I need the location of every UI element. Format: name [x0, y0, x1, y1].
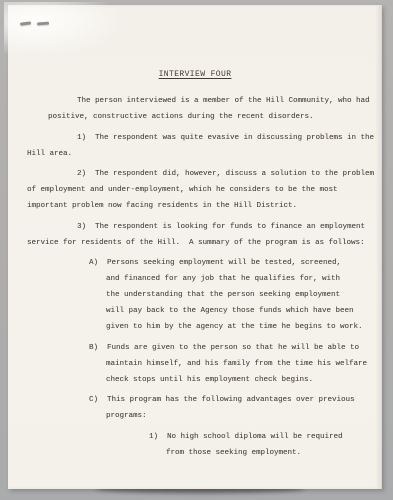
numbered-item-3: 3) The respondent is looking for funds t… — [27, 219, 363, 251]
scan-background: INTERVIEW FOUR The person interviewed is… — [0, 0, 393, 500]
document-page: INTERVIEW FOUR The person interviewed is… — [8, 5, 382, 489]
sub-numbered-item-1: 1) No high school diploma will be requir… — [27, 429, 363, 461]
numbered-item-2: 2) The respondent did, however, discuss … — [27, 166, 363, 214]
lettered-item-a: A) Persons seeking employment will be te… — [27, 255, 363, 335]
staple-mark-icon — [20, 21, 31, 25]
lettered-item-b: B) Funds are given to the person so that… — [27, 340, 363, 388]
numbered-item-1: 1) The respondent was quite evasive in d… — [27, 130, 363, 162]
paragraph-intro: The person interviewed is a member of th… — [27, 93, 363, 125]
lettered-item-c: C) This program has the following advant… — [27, 392, 363, 424]
corner-crease — [4, 2, 124, 57]
document-title: INTERVIEW FOUR — [27, 69, 363, 81]
staple-mark-icon — [37, 22, 49, 25]
